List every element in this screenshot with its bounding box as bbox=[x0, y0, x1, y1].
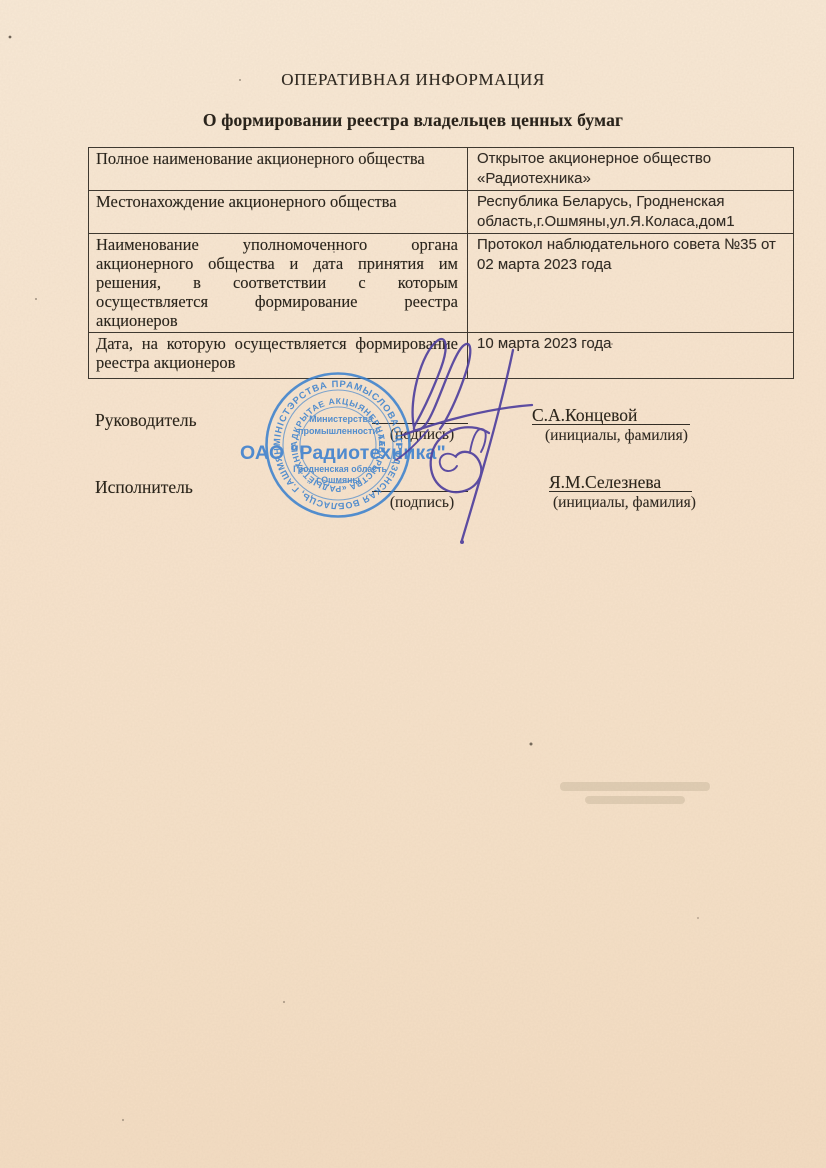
stamp-center-line2: промышленности bbox=[298, 426, 378, 436]
signer-role-exec: Исполнитель bbox=[95, 477, 193, 498]
table-row: Полное наименование акционерного обществ… bbox=[89, 148, 794, 191]
stamp-center-line1: Министерства bbox=[309, 414, 374, 424]
signature-caption: (подпись) bbox=[374, 426, 470, 444]
signer-name: С.А.Концевой bbox=[532, 406, 690, 425]
stamp-center-line4: г.Ошмяны bbox=[316, 475, 360, 485]
bleed-through bbox=[560, 782, 710, 804]
stamp-center-main: ОАО "Радиотехника" bbox=[240, 442, 446, 464]
name-caption: (инициалы, фамилия) bbox=[545, 427, 688, 445]
row-label: Местонахождение акционерного общества bbox=[89, 191, 468, 234]
signature-line bbox=[372, 403, 468, 424]
signer-role-head: Руководитель bbox=[95, 410, 197, 431]
table-row: Дата, на которую осуществляется формиров… bbox=[89, 333, 794, 379]
row-label: Дата, на которую осуществляется формиров… bbox=[89, 333, 468, 379]
table-row: Местонахождение акционерного общества Ре… bbox=[89, 191, 794, 234]
table-row: Наименование уполномоченного органа акци… bbox=[89, 234, 794, 333]
document-page: ОПЕРАТИВНАЯ ИНФОРМАЦИЯ О формировании ре… bbox=[0, 0, 826, 1168]
info-table: Полное наименование акционерного обществ… bbox=[88, 147, 794, 379]
signer-name: Я.М.Селезнева bbox=[549, 473, 692, 492]
row-value: Протокол наблюдательного совета №35 от 0… bbox=[468, 234, 794, 333]
stamp-inner-circle bbox=[300, 407, 376, 483]
row-value: Открытое акционерное общество «Радиотехн… bbox=[468, 148, 794, 191]
name-caption: (инициалы, фамилия) bbox=[553, 494, 696, 512]
signature-line bbox=[372, 471, 468, 492]
row-value: 10 марта 2023 года bbox=[468, 333, 794, 379]
signature-caption: (подпись) bbox=[374, 494, 470, 512]
document-title: ОПЕРАТИВНАЯ ИНФОРМАЦИЯ bbox=[0, 70, 826, 90]
handwritten-signature-exec bbox=[431, 350, 513, 544]
row-label: Полное наименование акционерного обществ… bbox=[89, 148, 468, 191]
document-subtitle: О формировании реестра владельцев ценных… bbox=[0, 110, 826, 131]
row-label: Наименование уполномоченного органа акци… bbox=[89, 234, 468, 333]
row-value: Республика Беларусь, Гродненская область… bbox=[468, 191, 794, 234]
